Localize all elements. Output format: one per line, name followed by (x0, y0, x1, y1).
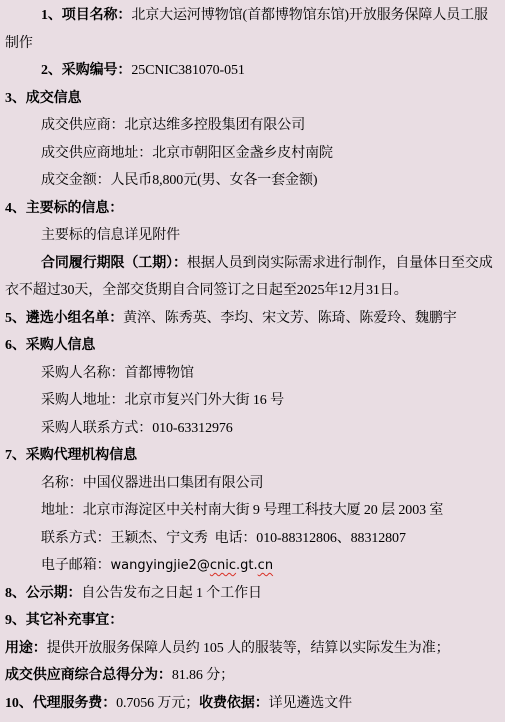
buyer-name-label: 采购人名称： (41, 366, 124, 381)
score-value: 81.86 分； (172, 668, 234, 683)
agency-contact-paragraph: 联系方式：王颖杰、宁文秀 电话：010-88312806、88312807 (5, 525, 501, 553)
agency-fee-label: 10、代理服务费： (5, 696, 116, 711)
selection-panel-paragraph: 5、遴选小组名单：黄淬、陈秀英、李均、宋文芳、陈琦、陈爱玲、魏鹏宇 (5, 305, 501, 333)
agency-fee-paragraph: 10、代理服务费：0.7056 万元；收费依据：详见遴选文件 (5, 690, 501, 718)
email-middle-part: .gt. (236, 558, 258, 573)
supplier-address-paragraph: 成交供应商地址：北京市朝阳区金盏乡皮村南院 (5, 140, 501, 168)
email-label: 电子邮箱： (41, 558, 111, 573)
agency-info-heading-label: 7、采购代理机构信息 (5, 448, 137, 463)
usage-paragraph: 用途：提供开放服务保障人员约 105 人的服装等，结算以实际发生为准； (5, 635, 501, 663)
email-tld-part-misspelled: cn (258, 558, 273, 573)
award-amount-label: 成交金额： (41, 173, 111, 188)
selection-panel-value: 黄淬、陈秀英、李均、宋文芳、陈琦、陈爱玲、魏鹏宇 (123, 311, 457, 326)
agency-info-heading: 7、采购代理机构信息 (5, 442, 501, 470)
supplier-address-value: 北京市朝阳区金盏乡皮村南院 (152, 146, 333, 161)
award-amount-value: 人民币8,800元(男、女各一套金额) (111, 173, 318, 188)
contract-period-label: 合同履行期限（工期）： (41, 256, 187, 271)
buyer-contact-paragraph: 采购人联系方式：010-63312976 (5, 415, 501, 443)
score-paragraph: 成交供应商综合总得分为：81.86 分； (5, 662, 501, 690)
agency-name-value: 中国仪器进出口集团有限公司 (83, 476, 264, 491)
subject-info-heading-label: 4、主要标的信息： (5, 201, 123, 216)
supplier-value: 北京达维多控股集团有限公司 (124, 118, 305, 133)
buyer-info-heading-label: 6、采购人信息 (5, 338, 95, 353)
agency-fee-value: 0.7056 万元； (116, 696, 199, 711)
supplementary-heading: 9、其它补充事宜： (5, 607, 501, 635)
project-name-paragraph: 1、项目名称：北京大运河博物馆(首都博物馆东馆)开放服务保障人员工服制作 (5, 2, 501, 57)
agency-name-paragraph: 名称：中国仪器进出口集团有限公司 (5, 470, 501, 498)
supplier-label: 成交供应商： (41, 118, 124, 133)
buyer-address-paragraph: 采购人地址：北京市复兴门外大街 16 号 (5, 387, 501, 415)
procurement-number-value: 25CNIC381070-051 (131, 63, 245, 78)
agency-contact-label: 联系方式： (41, 531, 111, 546)
fee-basis-label: 收费依据： (199, 696, 269, 711)
buyer-address-label: 采购人地址： (41, 393, 124, 408)
award-amount-paragraph: 成交金额：人民币8,800元(男、女各一套金额) (5, 167, 501, 195)
award-info-heading: 3、成交信息 (5, 85, 501, 113)
supplier-paragraph: 成交供应商：北京达维多控股集团有限公司 (5, 112, 501, 140)
supplier-address-label: 成交供应商地址： (41, 146, 152, 161)
subject-detail-paragraph: 主要标的信息详见附件 (5, 222, 501, 250)
supplementary-heading-label: 9、其它补充事宜： (5, 613, 123, 628)
buyer-contact-value: 010-63312976 (152, 421, 232, 436)
fee-basis-value: 详见遴选文件 (269, 696, 352, 711)
buyer-contact-label: 采购人联系方式： (41, 421, 152, 436)
buyer-name-value: 首都博物馆 (124, 366, 194, 381)
award-info-heading-label: 3、成交信息 (5, 91, 81, 106)
agency-address-paragraph: 地址：北京市海淀区中关村南大街 9 号理工科技大厦 20 层 2003 室 (5, 497, 501, 525)
agency-address-label: 地址： (41, 503, 83, 518)
buyer-name-paragraph: 采购人名称：首都博物馆 (5, 360, 501, 388)
email-paragraph: 电子邮箱：wangyingjie2@cnic.gt.cn (5, 552, 501, 580)
agency-contact-value: 王颖杰、宁文秀 电话：010-88312806、88312807 (111, 531, 406, 546)
subject-detail-value: 主要标的信息详见附件 (41, 228, 180, 243)
email-domain-part-misspelled: cnic (210, 558, 236, 573)
buyer-address-value: 北京市复兴门外大街 16 号 (124, 393, 284, 408)
publicity-period-value: 自公告发布之日起 1 个工作日 (81, 586, 262, 601)
selection-panel-label: 5、遴选小组名单： (5, 311, 123, 326)
subject-info-heading: 4、主要标的信息： (5, 195, 501, 223)
usage-label: 用途： (5, 641, 47, 656)
usage-value: 提供开放服务保障人员约 105 人的服装等，结算以实际发生为准； (47, 641, 450, 656)
agency-address-value: 北京市海淀区中关村南大街 9 号理工科技大厦 20 层 2003 室 (83, 503, 444, 518)
contract-period-paragraph: 合同履行期限（工期）：根据人员到岗实际需求进行制作，自量体日至交成衣不超过30天… (5, 250, 501, 305)
procurement-number-paragraph: 2、采购编号：25CNIC381070-051 (5, 57, 501, 85)
score-label: 成交供应商综合总得分为： (5, 668, 172, 683)
publicity-period-paragraph: 8、公示期：自公告发布之日起 1 个工作日 (5, 580, 501, 608)
buyer-info-heading: 6、采购人信息 (5, 332, 501, 360)
procurement-number-label: 2、采购编号： (41, 63, 131, 78)
agency-name-label: 名称： (41, 476, 83, 491)
publicity-period-label: 8、公示期： (5, 586, 81, 601)
project-name-label: 1、项目名称： (41, 8, 131, 23)
procurement-notice-page: { "page": { "background_color": "#e9dde3… (0, 0, 505, 722)
email-address: wangyingjie2@cnic.gt.cn (111, 558, 274, 573)
email-user-part: wangyingjie2@ (111, 558, 210, 573)
document-body: 1、项目名称：北京大运河博物馆(首都博物馆东馆)开放服务保障人员工服制作 2、采… (0, 0, 505, 717)
